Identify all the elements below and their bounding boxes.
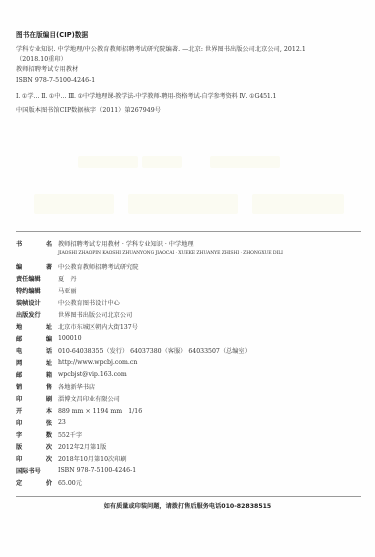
cip-line-classification: Ⅰ. ①学… Ⅱ. ①中… Ⅲ. ①中学地理课-教学法-中学教师-聘用-资格考试… <box>16 91 276 100</box>
colophon-label: 网址 <box>16 358 52 367</box>
bottom-divider <box>16 496 361 497</box>
colophon-value: 夏 丹 <box>58 274 77 283</box>
colophon-value: 552千字 <box>58 430 82 439</box>
colophon-row-editor: 责任编辑 夏 丹 <box>16 273 77 284</box>
colophon-value: 2012年2月第1版 <box>58 442 106 451</box>
email-link[interactable]: wpcbjst@vip.163.com <box>58 371 127 378</box>
colophon-row-postcode: 邮编 100010 <box>16 333 82 344</box>
colophon-value: 100010 <box>58 335 82 342</box>
colophon-row-format: 开本 889 mm × 1194 mm 1/16 <box>16 405 142 416</box>
colophon-value: 中公教育图书设计中心 <box>58 298 120 307</box>
colophon-row-design: 装帧设计 中公教育图书设计中心 <box>16 297 120 308</box>
colophon-value: 北京市东城区朝内大街137号 <box>58 322 138 331</box>
colophon-label: 编著 <box>16 262 52 271</box>
colophon-value: 淄博文昌印业有限公司 <box>58 394 120 403</box>
colophon-label: 印张 <box>16 418 52 427</box>
colophon-row-price: 定价 65.00元 <box>16 477 82 488</box>
colophon-value: 世界图书出版公司北京公司 <box>58 310 132 319</box>
colophon-label: 版次 <box>16 442 52 451</box>
cip-line-series: 教师招聘考试专用教材 <box>16 64 78 73</box>
colophon-label: 字数 <box>16 430 52 439</box>
colophon-label: 邮箱 <box>16 370 52 379</box>
colophon-row-website: 网址 http://www.wpcbj.com.cn <box>16 357 137 368</box>
colophon-label: 书名 <box>16 239 52 248</box>
colophon-label: 国际书号 <box>16 466 52 475</box>
cip-line-reprint: （2018.10重印） <box>16 54 67 63</box>
colophon-row-publisher: 出版发行 世界图书出版公司北京公司 <box>16 309 132 320</box>
colophon-row-address: 地址 北京市东城区朝内大街137号 <box>16 321 138 332</box>
colophon-value: 教师招聘考试专用教材 · 学科专业知识 · 中学地理 <box>58 239 194 248</box>
cip-title: 图书在版编目(CIP)数据 <box>16 29 88 39</box>
colophon-label: 出版发行 <box>16 310 52 319</box>
colophon-row-email: 邮箱 wpcbjst@vip.163.com <box>16 369 127 380</box>
colophon-row-isbn: 国际书号 ISBN 978-7-5100-4246-1 <box>16 465 136 476</box>
colophon-value: 马亚丽 <box>58 286 77 295</box>
colophon-row-author: 编著 中公教育教师招聘考试研究院 <box>16 261 138 272</box>
colophon-value: 889 mm × 1194 mm 1/16 <box>58 406 142 415</box>
colophon-row-word-count: 字数 552千字 <box>16 429 82 440</box>
copyright-page: 图书在版编目(CIP)数据 学科专业知识. 中学地理/中公教育教师招聘考试研究院… <box>0 0 375 557</box>
colophon-label: 地址 <box>16 322 52 331</box>
colophon-label: 销售 <box>16 382 52 391</box>
colophon-label: 电话 <box>16 346 52 355</box>
colophon-row-printer: 印刷 淄博文昌印业有限公司 <box>16 393 120 404</box>
after-sales-note: 如有质量或印装问题，请拨打售后服务电话010-82838515 <box>0 501 375 510</box>
colophon-value: 65.00元 <box>58 478 82 487</box>
colophon-label: 定价 <box>16 478 52 487</box>
cip-line-citation: 学科专业知识. 中学地理/中公教育教师招聘考试研究院编著. —北京: 世界图书出… <box>16 44 306 53</box>
website-link[interactable]: http://www.wpcbj.com.cn <box>58 359 137 366</box>
title-pinyin: JIAOSHI ZHAOPIN KAOSHI ZHUANYONG JIAOCAI… <box>58 251 283 256</box>
colophon-label: 邮编 <box>16 334 52 343</box>
colophon-value: 2018年10月第10次印刷 <box>58 454 127 463</box>
cip-line-isbn: ISBN 978-7-5100-4246-1 <box>16 77 95 84</box>
colophon-label: 特约编辑 <box>16 286 52 295</box>
colophon-label: 开本 <box>16 406 52 415</box>
colophon-label: 印刷 <box>16 394 52 403</box>
colophon-row-title: 书名 教师招聘考试专用教材 · 学科专业知识 · 中学地理 <box>16 238 194 249</box>
colophon-label: 印次 <box>16 454 52 463</box>
colophon-value: 各地新华书店 <box>58 382 95 391</box>
faint-watermark <box>30 150 350 230</box>
colophon-value: ISBN 978-7-5100-4246-1 <box>58 467 136 474</box>
colophon-value: 010-64038355（发行） 64037380（客服） 64033507（总… <box>58 346 251 355</box>
colophon-label: 责任编辑 <box>16 274 52 283</box>
colophon-row-phone: 电话 010-64038355（发行） 64037380（客服） 6403350… <box>16 345 251 356</box>
colophon-label: 装帧设计 <box>16 298 52 307</box>
colophon-row-sales: 销售 各地新华书店 <box>16 381 95 392</box>
colophon-row-sheets: 印张 23 <box>16 417 66 428</box>
colophon-row-special-editor: 特约编辑 马亚丽 <box>16 285 77 296</box>
top-divider <box>16 231 361 232</box>
colophon-value: 23 <box>58 419 66 426</box>
colophon-row-edition: 版次 2012年2月第1版 <box>16 441 106 452</box>
colophon-row-printing: 印次 2018年10月第10次印刷 <box>16 453 127 464</box>
cip-line-record-number: 中国版本图书馆CIP数据核字（2011）第267949号 <box>16 105 161 114</box>
colophon-value: 中公教育教师招聘考试研究院 <box>58 262 138 271</box>
